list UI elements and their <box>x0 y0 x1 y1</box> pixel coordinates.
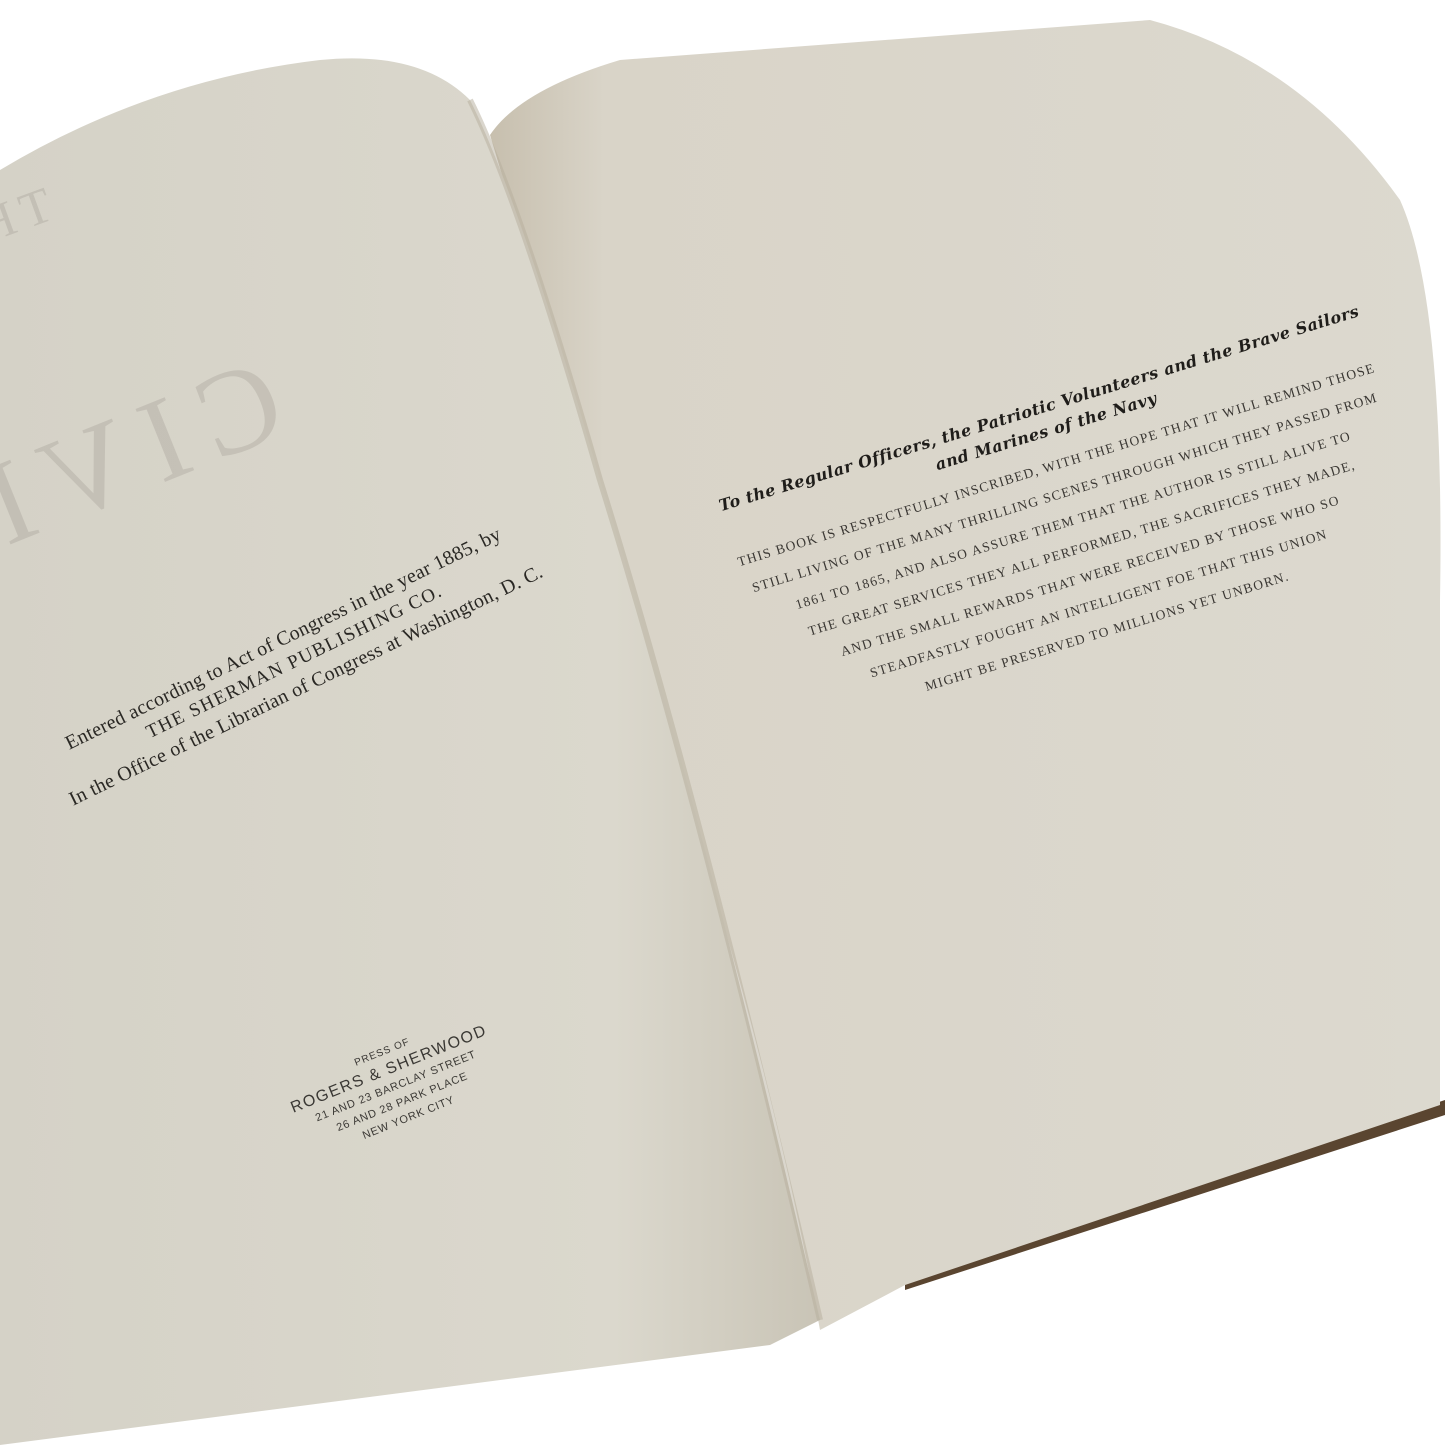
book-photo: THE NAVAL HIST CIVIL W Entered according… <box>0 0 1445 1445</box>
